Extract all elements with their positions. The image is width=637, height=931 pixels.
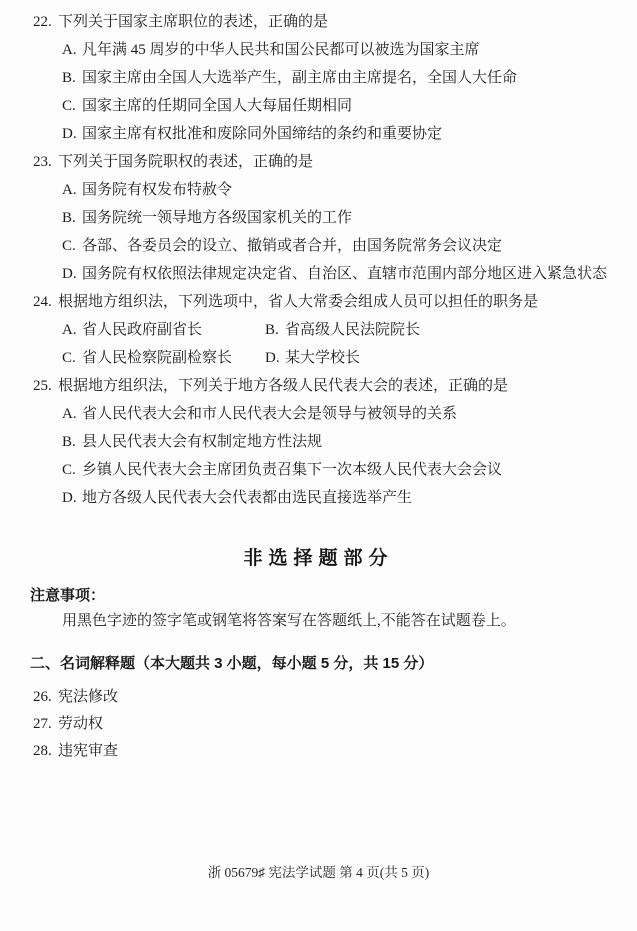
option-text: 乡镇人民代表大会主席团负责召集下一次本级人民代表大会会议 (82, 456, 613, 484)
definition-number: 26. (33, 684, 58, 711)
option-text: 县人民代表大会有权制定地方性法规 (82, 428, 613, 456)
definition-term: 宪法修改 (58, 684, 613, 711)
option-row: C. 乡镇人民代表大会主席团负责召集下一次本级人民代表大会会议 (62, 456, 613, 484)
option-row: B. 国家主席由全国人大选举产生，副主席由主席提名，全国人大任命 (62, 64, 613, 92)
option-row: C. 国家主席的任期同全国人大每届任期相同 (62, 92, 613, 120)
definition-items: 26. 宪法修改 27. 劳动权 28. 违宪审查 (0, 678, 637, 765)
question-block: 22. 下列关于国家主席职位的表述，正确的是 A. 凡年满 45 周岁的中华人民… (33, 8, 613, 148)
option-letter: C. (62, 344, 82, 372)
option-letter: A. (62, 36, 82, 64)
multiple-choice-section: 22. 下列关于国家主席职位的表述，正确的是 A. 凡年满 45 周岁的中华人民… (0, 0, 637, 512)
definition-term: 违宪审查 (58, 738, 613, 765)
exam-paper-page: 22. 下列关于国家主席职位的表述，正确的是 A. 凡年满 45 周岁的中华人民… (0, 0, 637, 931)
option-letter: A. (62, 400, 82, 428)
option-row: D. 国家主席有权批准和废除同外国缔结的条约和重要协定 (62, 120, 613, 148)
question-stem: 根据地方组织法，下列选项中，省人大常委会组成人员可以担任的职务是 (58, 288, 613, 316)
question-stem-line: 25. 根据地方组织法，下列关于地方各级人民代表大会的表述，正确的是 (33, 372, 613, 400)
definition-number: 28. (33, 738, 58, 765)
option-row: A. 省人民代表大会和市人民代表大会是领导与被领导的关系 (62, 400, 613, 428)
question-block: 24. 根据地方组织法，下列选项中，省人大常委会组成人员可以担任的职务是 A. … (33, 288, 613, 372)
option-letter: C. (62, 232, 82, 260)
question-block: 23. 下列关于国务院职权的表述，正确的是 A. 国务院有权发布特赦令 B. 国… (33, 148, 613, 288)
option-row: B. 县人民代表大会有权制定地方性法规 (62, 428, 613, 456)
option-row: C. 各部、各委员会的设立、撤销或者合并，由国务院常务会议决定 (62, 232, 613, 260)
option-row: A. 省人民政府副省长 (62, 316, 265, 344)
option-text: 省高级人民法院院长 (285, 316, 613, 344)
option-row: B. 省高级人民法院院长 (265, 316, 613, 344)
option-letter: D. (265, 344, 285, 372)
question-stem: 下列关于国务院职权的表述，正确的是 (58, 148, 613, 176)
option-text: 省人民代表大会和市人民代表大会是领导与被领导的关系 (82, 400, 613, 428)
option-letter: A. (62, 316, 82, 344)
option-row: D. 某大学校长 (265, 344, 613, 372)
question-number: 25. (33, 372, 58, 400)
option-letter: B. (62, 428, 82, 456)
question-number: 23. (33, 148, 58, 176)
option-row: A. 凡年满 45 周岁的中华人民共和国公民都可以被选为国家主席 (62, 36, 613, 64)
question-options: A. 省人民代表大会和市人民代表大会是领导与被领导的关系 B. 县人民代表大会有… (33, 400, 613, 512)
definition-item: 28. 违宪审查 (33, 738, 613, 765)
question-block: 25. 根据地方组织法，下列关于地方各级人民代表大会的表述，正确的是 A. 省人… (33, 372, 613, 512)
definition-number: 27. (33, 711, 58, 738)
question-stem-line: 22. 下列关于国家主席职位的表述，正确的是 (33, 8, 613, 36)
question-options: A. 国务院有权发布特赦令 B. 国务院统一领导地方各级国家机关的工作 C. 各… (33, 176, 613, 288)
page-footer: 浙 05679♯ 宪法学试题 第 4 页(共 5 页) (0, 864, 637, 882)
option-letter: C. (62, 456, 82, 484)
question-number: 22. (33, 8, 58, 36)
notice-label: 注意事项： (30, 584, 613, 608)
option-letter: D. (62, 120, 82, 148)
question-options: A. 凡年满 45 周岁的中华人民共和国公民都可以被选为国家主席 B. 国家主席… (33, 36, 613, 148)
option-text: 国家主席由全国人大选举产生，副主席由主席提名，全国人大任命 (82, 64, 613, 92)
question-stem: 下列关于国家主席职位的表述，正确的是 (58, 8, 613, 36)
option-text: 凡年满 45 周岁的中华人民共和国公民都可以被选为国家主席 (82, 36, 613, 64)
option-text: 国务院有权发布特赦令 (82, 176, 613, 204)
option-letter: C. (62, 92, 82, 120)
definition-section-heading: 二、名词解释题（本大题共 3 小题，每小题 5 分，共 15 分） (30, 650, 613, 678)
option-row: D. 地方各级人民代表大会代表都由选民直接选举产生 (62, 484, 613, 512)
option-text: 某大学校长 (285, 344, 613, 372)
question-stem-line: 24. 根据地方组织法，下列选项中，省人大常委会组成人员可以担任的职务是 (33, 288, 613, 316)
option-letter: B. (265, 316, 285, 344)
option-text: 各部、各委员会的设立、撤销或者合并，由国务院常务会议决定 (82, 232, 613, 260)
option-text: 地方各级人民代表大会代表都由选民直接选举产生 (82, 484, 613, 512)
option-text: 国务院统一领导地方各级国家机关的工作 (82, 204, 613, 232)
question-stem: 根据地方组织法，下列关于地方各级人民代表大会的表述，正确的是 (58, 372, 613, 400)
option-row: C. 省人民检察院副检察长 (62, 344, 265, 372)
question-stem-line: 23. 下列关于国务院职权的表述，正确的是 (33, 148, 613, 176)
definition-item: 26. 宪法修改 (33, 684, 613, 711)
definition-term: 劳动权 (58, 711, 613, 738)
question-number: 24. (33, 288, 58, 316)
option-letter: A. (62, 176, 82, 204)
option-text: 国务院有权依照法律规定决定省、自治区、直辖市范围内部分地区进入紧急状态 (82, 260, 613, 288)
non-mcq-section-heading: 非选择题部分 (0, 546, 637, 572)
notice-text: 用黑色字迹的签字笔或钢笔将答案写在答题纸上,不能答在试题卷上。 (62, 608, 613, 634)
option-row: A. 国务院有权发布特赦令 (62, 176, 613, 204)
option-letter: B. (62, 204, 82, 232)
option-text: 国家主席有权批准和废除同外国缔结的条约和重要协定 (82, 120, 613, 148)
option-text: 省人民政府副省长 (82, 316, 265, 344)
option-row: B. 国务院统一领导地方各级国家机关的工作 (62, 204, 613, 232)
option-row: D. 国务院有权依照法律规定决定省、自治区、直辖市范围内部分地区进入紧急状态 (62, 260, 613, 288)
option-text: 省人民检察院副检察长 (82, 344, 265, 372)
option-letter: D. (62, 484, 82, 512)
notice-block: 注意事项： 用黑色字迹的签字笔或钢笔将答案写在答题纸上,不能答在试题卷上。 (0, 584, 637, 634)
definition-item: 27. 劳动权 (33, 711, 613, 738)
option-letter: B. (62, 64, 82, 92)
question-options: A. 省人民政府副省长 B. 省高级人民法院院长 C. 省人民检察院副检察长 D… (62, 316, 613, 372)
option-text: 国家主席的任期同全国人大每届任期相同 (82, 92, 613, 120)
option-letter: D. (62, 260, 82, 288)
